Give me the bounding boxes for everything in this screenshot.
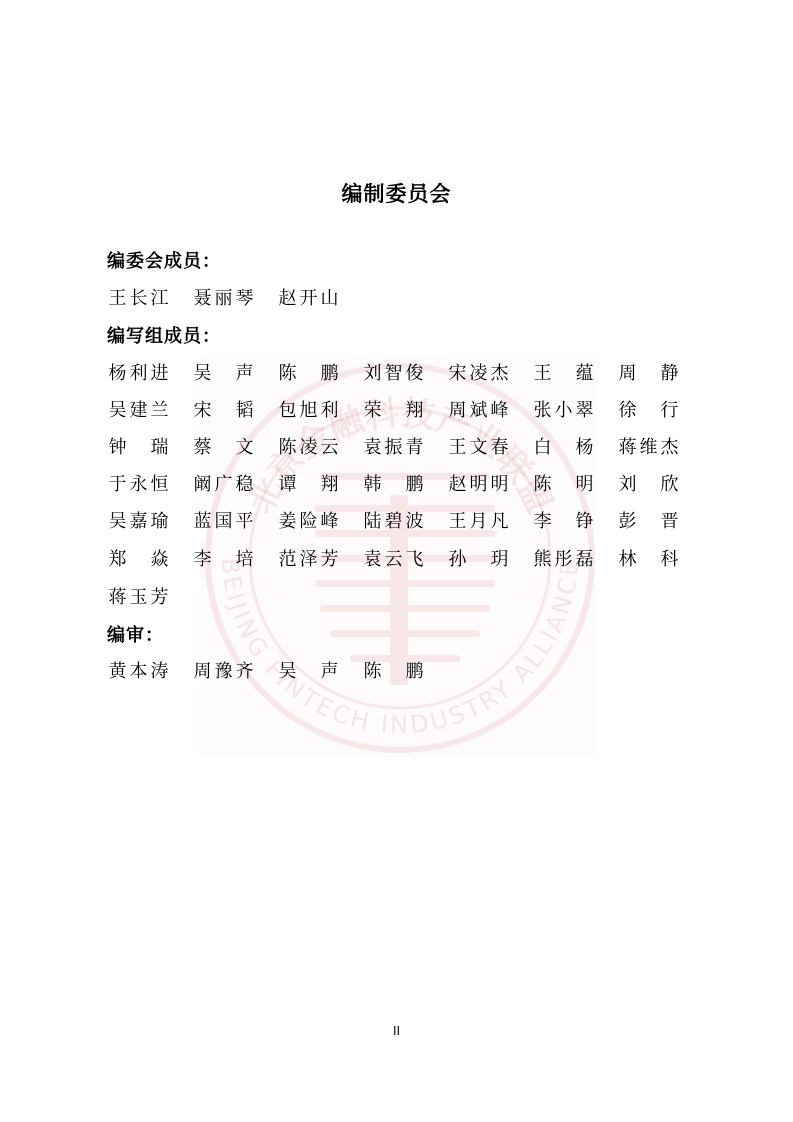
member-name: 杨利进 <box>107 359 171 385</box>
member-name: 范泽芳 <box>277 545 341 571</box>
member-name: 李铮 <box>532 507 596 533</box>
member-name: 蒋维杰 <box>617 433 681 459</box>
member-name: 吴声 <box>192 359 256 385</box>
member-name: 王文春 <box>447 433 511 459</box>
section-heading-review: 编审： <box>107 621 164 647</box>
member-name: 荣翔 <box>362 396 426 422</box>
member-name: 包旭利 <box>277 396 341 422</box>
member-name: 蔡文 <box>192 433 256 459</box>
member-name: 周豫齐 <box>192 657 256 683</box>
member-name: 周斌峰 <box>447 396 511 422</box>
member-name: 赵明明 <box>447 470 511 496</box>
member-name: 周静 <box>617 359 681 385</box>
member-name: 王蕴 <box>532 359 596 385</box>
member-name: 陆碧波 <box>362 507 426 533</box>
member-name: 陈明 <box>532 470 596 496</box>
member-name: 彭晋 <box>617 507 681 533</box>
member-name: 郑焱 <box>107 545 171 571</box>
member-name: 吴嘉瑜 <box>107 507 171 533</box>
member-name: 宋韬 <box>192 396 256 422</box>
member-name: 白杨 <box>532 433 596 459</box>
member-name: 熊彤磊 <box>532 545 596 571</box>
section-heading-writing-group: 编写组成员： <box>107 322 221 348</box>
member-name: 蒋玉芳 <box>107 583 171 609</box>
member-name: 吴声 <box>277 657 341 683</box>
member-name: 姜险峰 <box>277 507 341 533</box>
member-name: 吴建兰 <box>107 396 171 422</box>
member-name: 刘欣 <box>617 470 681 496</box>
member-name: 赵开山 <box>277 284 341 310</box>
member-name: 袁云飞 <box>362 545 426 571</box>
member-name: 钟瑞 <box>107 433 171 459</box>
member-name: 于永恒 <box>107 470 171 496</box>
member-name: 张小翠 <box>532 396 596 422</box>
section-heading-editorial-committee: 编委会成员： <box>107 247 221 273</box>
member-name: 林科 <box>617 545 681 571</box>
member-name: 陈鹏 <box>277 359 341 385</box>
member-name: 李培 <box>192 545 256 571</box>
member-name: 聂丽琴 <box>192 284 256 310</box>
member-name: 王长江 <box>107 284 171 310</box>
page-title: 编制委员会 <box>0 178 793 208</box>
member-name: 阚广稳 <box>192 470 256 496</box>
member-name: 蓝国平 <box>192 507 256 533</box>
member-name: 陈鹏 <box>362 657 426 683</box>
member-name: 黄本涛 <box>107 657 171 683</box>
member-name: 孙玥 <box>447 545 511 571</box>
member-name: 陈凌云 <box>277 433 341 459</box>
member-name: 刘智俊 <box>362 359 426 385</box>
member-name: 韩鹏 <box>362 470 426 496</box>
member-name: 徐行 <box>617 396 681 422</box>
member-name: 宋凌杰 <box>447 359 511 385</box>
document-page: 编制委员会 编委会成员： 王长江聂丽琴赵开山 编写组成员： 杨利进吴声陈鹏刘智俊… <box>0 0 793 1122</box>
member-name: 王月凡 <box>447 507 511 533</box>
page-number: II <box>0 1024 793 1038</box>
member-name: 谭翔 <box>277 470 341 496</box>
member-name: 袁振青 <box>362 433 426 459</box>
